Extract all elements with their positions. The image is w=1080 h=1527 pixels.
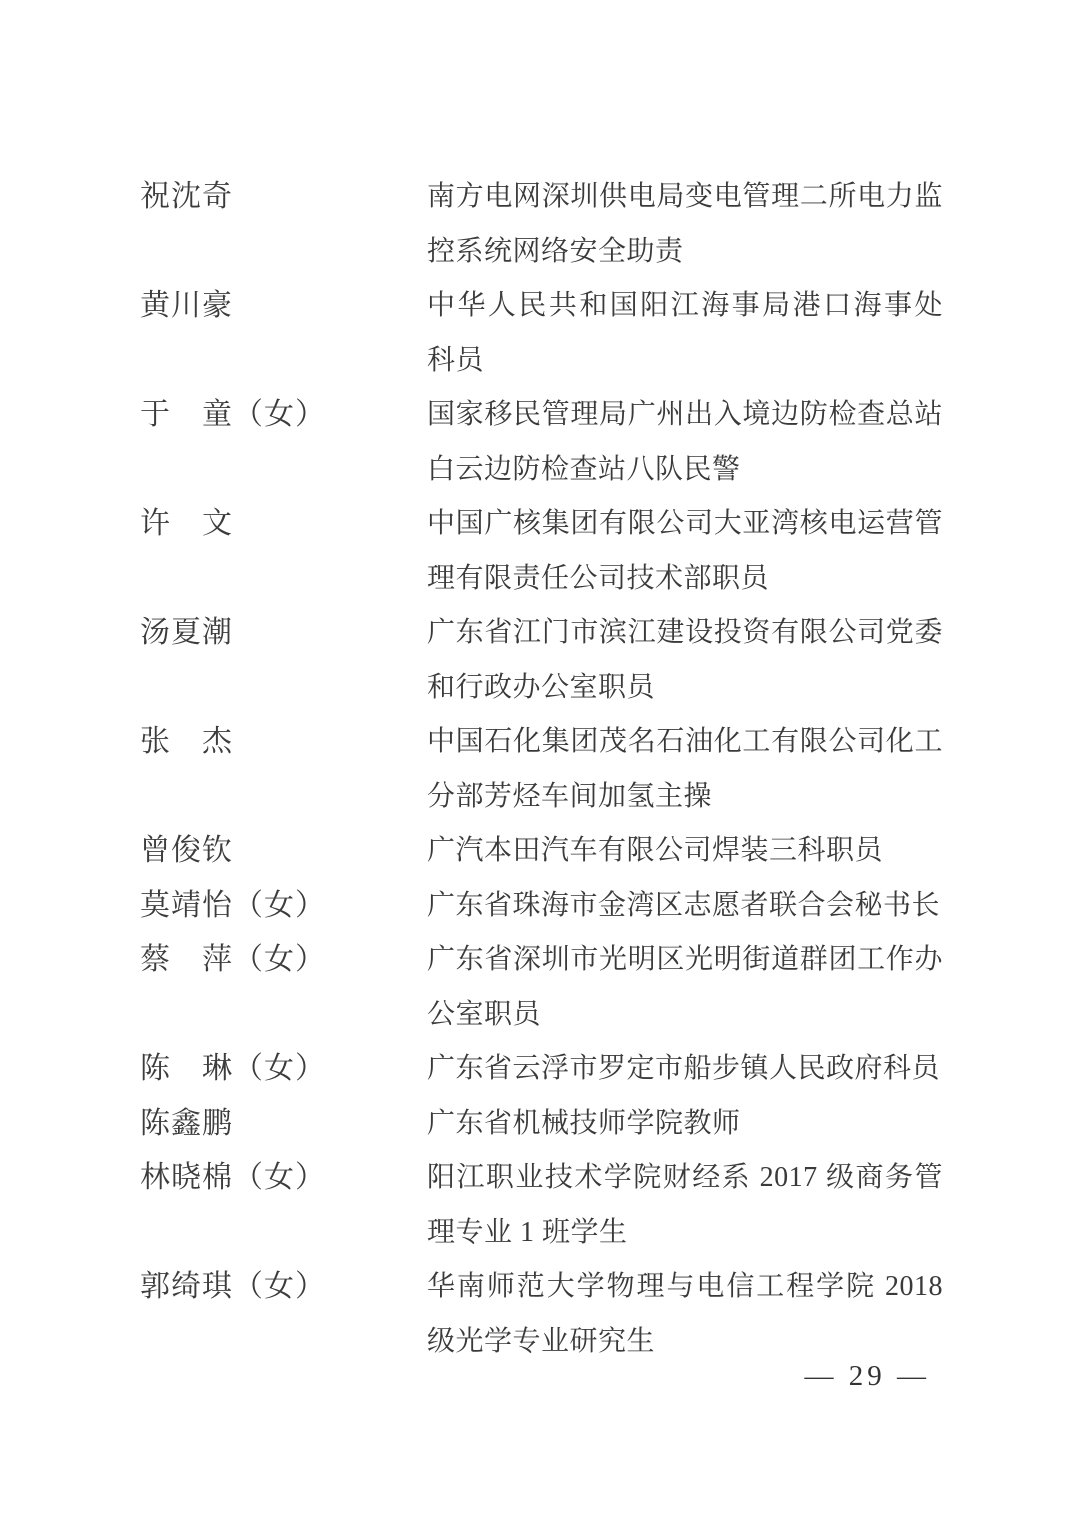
position-line: 广东省深圳市光明区光明街道群团工作办 (427, 933, 943, 988)
position-description: 广东省机械技师学院教师 (427, 1097, 943, 1152)
person-name: 张 杰 (140, 715, 427, 770)
position-line: 和行政办公室职员 (427, 661, 943, 716)
recognition-list: 祝沈奇 南方电网深圳供电局变电管理二所电力监 控系统网络安全助责 黄川豪 中华人… (140, 170, 945, 1369)
person-name: 黄川豪 (140, 279, 427, 334)
list-entry: 郭绮琪（女） 华南师范大学物理与电信工程学院 2018 级光学专业研究生 (140, 1260, 945, 1369)
position-description: 中国广核集团有限公司大亚湾核电运营管 理有限责任公司技术部职员 (427, 497, 943, 606)
position-line: 阳江职业技术学院财经系 2017 级商务管 (427, 1151, 943, 1206)
person-name: 许 文 (140, 497, 427, 552)
position-description: 广汽本田汽车有限公司焊装三科职员 (427, 824, 943, 879)
person-name: 蔡 萍（女） (140, 933, 427, 988)
page-number: — 29 — (805, 1360, 931, 1393)
list-entry: 莫靖怡（女） 广东省珠海市金湾区志愿者联合会秘书长 (140, 879, 945, 934)
position-line: 国家移民管理局广州出入境边防检查总站 (427, 388, 943, 443)
list-entry: 林晓棉（女） 阳江职业技术学院财经系 2017 级商务管 理专业 1 班学生 (140, 1151, 945, 1260)
position-line: 华南师范大学物理与电信工程学院 2018 (427, 1260, 943, 1315)
document-page: 祝沈奇 南方电网深圳供电局变电管理二所电力监 控系统网络安全助责 黄川豪 中华人… (0, 0, 1080, 1527)
list-entry: 许 文 中国广核集团有限公司大亚湾核电运营管 理有限责任公司技术部职员 (140, 497, 945, 606)
position-line: 公室职员 (427, 988, 943, 1043)
position-line: 广东省云浮市罗定市船步镇人民政府科员 (427, 1042, 943, 1097)
list-entry: 黄川豪 中华人民共和国阳江海事局港口海事处 科员 (140, 279, 945, 388)
list-entry: 祝沈奇 南方电网深圳供电局变电管理二所电力监 控系统网络安全助责 (140, 170, 945, 279)
position-description: 广东省深圳市光明区光明街道群团工作办 公室职员 (427, 933, 943, 1042)
position-line: 中国石化集团茂名石油化工有限公司化工 (427, 715, 943, 770)
person-name: 林晓棉（女） (140, 1151, 427, 1206)
position-description: 阳江职业技术学院财经系 2017 级商务管 理专业 1 班学生 (427, 1151, 943, 1260)
position-description: 南方电网深圳供电局变电管理二所电力监 控系统网络安全助责 (427, 170, 943, 279)
list-entry: 曾俊钦 广汽本田汽车有限公司焊装三科职员 (140, 824, 945, 879)
position-description: 广东省江门市滨江建设投资有限公司党委 和行政办公室职员 (427, 606, 943, 715)
person-name: 莫靖怡（女） (140, 879, 427, 934)
list-entry: 陈鑫鹏 广东省机械技师学院教师 (140, 1097, 945, 1152)
position-line: 广东省江门市滨江建设投资有限公司党委 (427, 606, 943, 661)
position-line: 广汽本田汽车有限公司焊装三科职员 (427, 824, 943, 879)
position-line: 广东省珠海市金湾区志愿者联合会秘书长 (427, 879, 943, 934)
position-line: 白云边防检查站八队民警 (427, 443, 943, 498)
list-entry: 于 童（女） 国家移民管理局广州出入境边防检查总站 白云边防检查站八队民警 (140, 388, 945, 497)
position-description: 中华人民共和国阳江海事局港口海事处 科员 (427, 279, 943, 388)
position-line: 理有限责任公司技术部职员 (427, 552, 943, 607)
person-name: 郭绮琪（女） (140, 1260, 427, 1315)
list-entry: 汤夏潮 广东省江门市滨江建设投资有限公司党委 和行政办公室职员 (140, 606, 945, 715)
position-line: 中国广核集团有限公司大亚湾核电运营管 (427, 497, 943, 552)
position-line: 中华人民共和国阳江海事局港口海事处 (427, 279, 943, 334)
person-name: 陈 琳（女） (140, 1042, 427, 1097)
position-description: 中国石化集团茂名石油化工有限公司化工 分部芳烃车间加氢主操 (427, 715, 943, 824)
list-entry: 张 杰 中国石化集团茂名石油化工有限公司化工 分部芳烃车间加氢主操 (140, 715, 945, 824)
position-line: 科员 (427, 334, 943, 389)
position-description: 广东省云浮市罗定市船步镇人民政府科员 (427, 1042, 943, 1097)
position-line: 控系统网络安全助责 (427, 225, 943, 280)
position-description: 华南师范大学物理与电信工程学院 2018 级光学专业研究生 (427, 1260, 943, 1369)
position-line: 广东省机械技师学院教师 (427, 1097, 943, 1152)
person-name: 于 童（女） (140, 388, 427, 443)
position-line: 南方电网深圳供电局变电管理二所电力监 (427, 170, 943, 225)
position-description: 国家移民管理局广州出入境边防检查总站 白云边防检查站八队民警 (427, 388, 943, 497)
position-line: 分部芳烃车间加氢主操 (427, 770, 943, 825)
person-name: 汤夏潮 (140, 606, 427, 661)
list-entry: 蔡 萍（女） 广东省深圳市光明区光明街道群团工作办 公室职员 (140, 933, 945, 1042)
list-entry: 陈 琳（女） 广东省云浮市罗定市船步镇人民政府科员 (140, 1042, 945, 1097)
position-line: 理专业 1 班学生 (427, 1206, 943, 1261)
person-name: 祝沈奇 (140, 170, 427, 225)
position-description: 广东省珠海市金湾区志愿者联合会秘书长 (427, 879, 943, 934)
person-name: 曾俊钦 (140, 824, 427, 879)
person-name: 陈鑫鹏 (140, 1097, 427, 1152)
